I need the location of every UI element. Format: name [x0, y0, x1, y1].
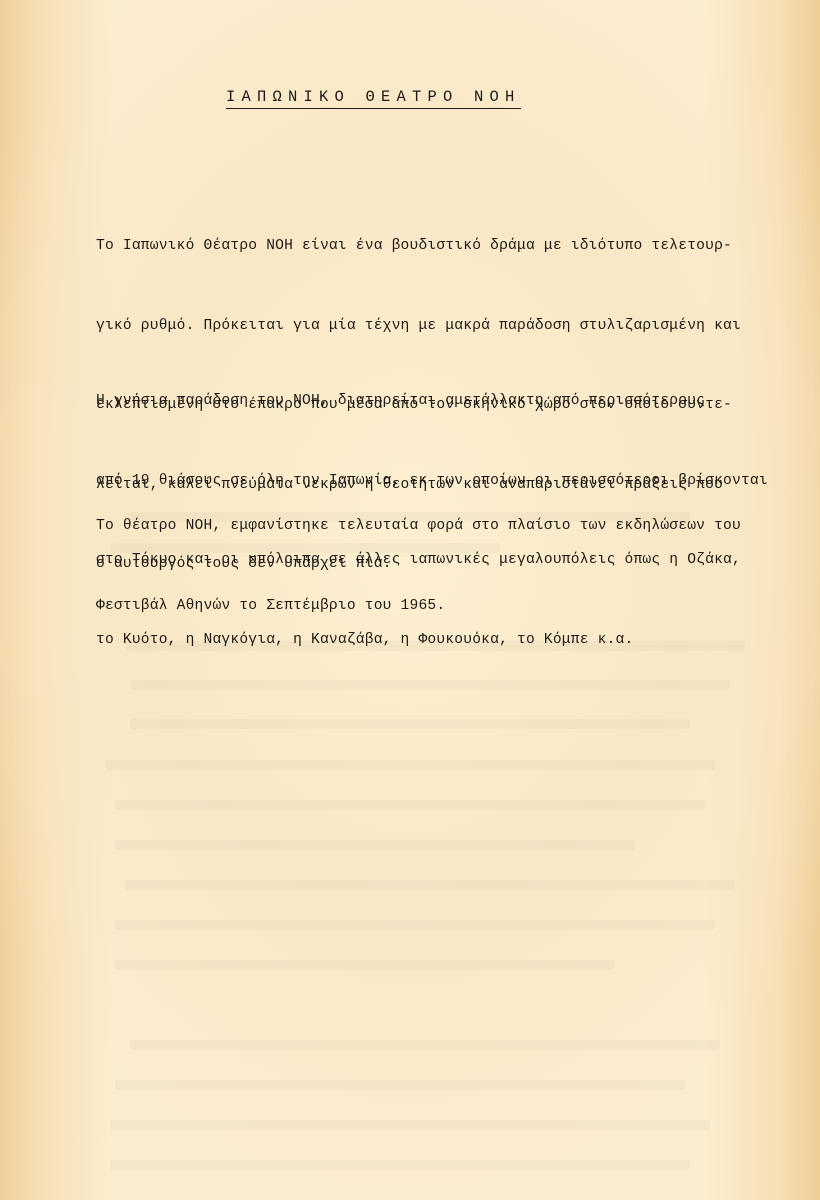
text-line: Το Ιαπωνικό Θέατρο ΝΟΗ είναι ένα βουδιστ…: [96, 233, 766, 260]
text-line: Το θέατρο ΝΟΗ, εμφανίστηκε τελευταία φορ…: [96, 513, 766, 540]
text-line: Η γνήσια παράδοση του ΝΟΗ, διατηρείται α…: [96, 388, 766, 415]
paragraph-3: Το θέατρο ΝΟΗ, εμφανίστηκε τελευταία φορ…: [96, 460, 766, 672]
document-title: ΙΑΠΩΝΙΚΟ ΘΕΑΤΡΟ ΝΟΗ: [226, 88, 521, 109]
text-line: Φεστιβάλ Αθηνών το Σεπτέμβριο του 1965.: [96, 593, 766, 620]
document-page: ΙΑΠΩΝΙΚΟ ΘΕΑΤΡΟ ΝΟΗ Το Ιαπωνικό Θέατρο Ν…: [0, 0, 820, 1200]
